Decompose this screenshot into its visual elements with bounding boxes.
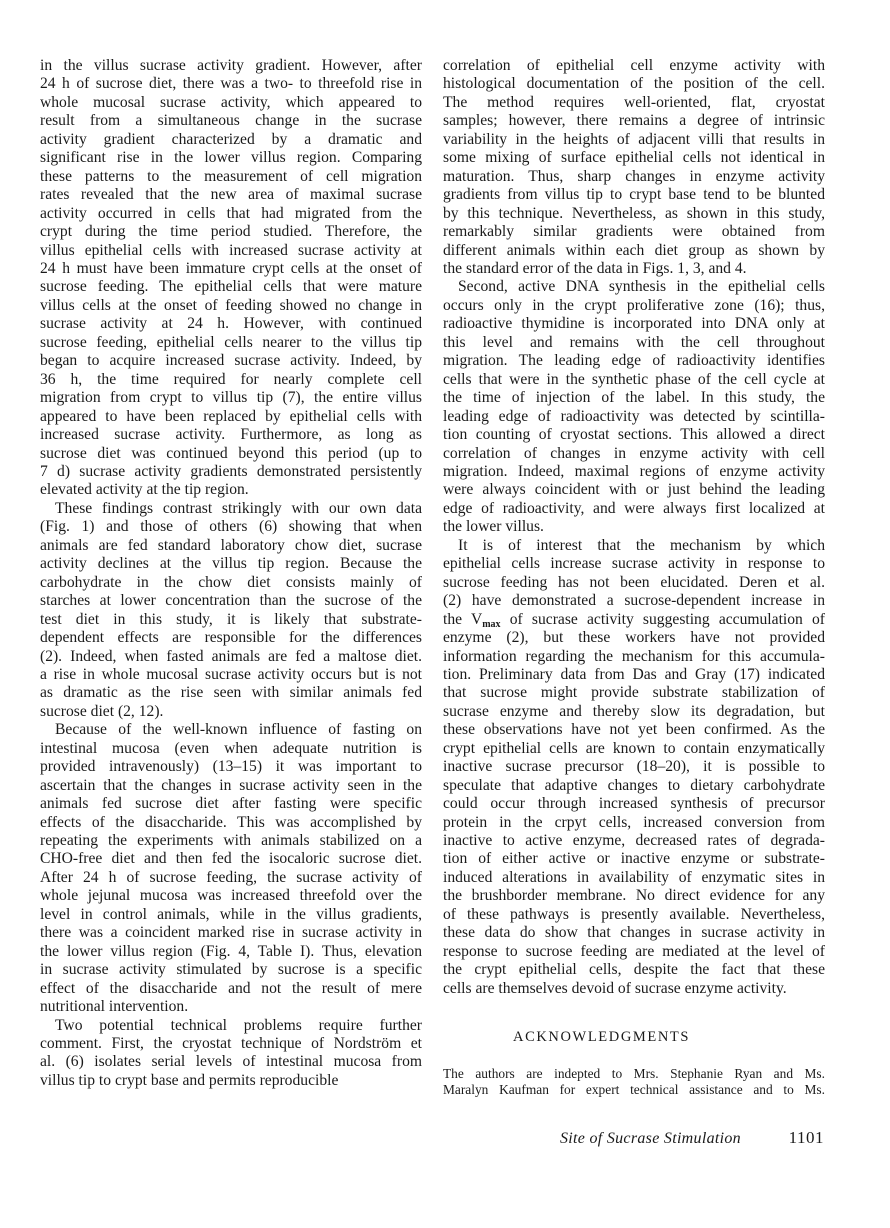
text-line: cells that were in the synthetic phase o… — [443, 371, 825, 389]
text-line: Two potential technical problems require… — [40, 1017, 422, 1035]
text-line: correlation of changes in enzyme activit… — [443, 445, 825, 463]
text-line: test diet in this study, it is likely th… — [40, 611, 422, 629]
text-line: inactive sucrase precursor (18–20), it i… — [443, 758, 825, 776]
text-line: inactive to active enzyme, decreased rat… — [443, 832, 825, 850]
paragraph: correlation of epithelial cell enzyme ac… — [443, 57, 825, 278]
text-line: migration. The leading edge of radioacti… — [443, 352, 825, 370]
text-line: as dramatic as the rise seen with simila… — [40, 684, 422, 702]
text-line: result from a simultaneous change in the… — [40, 112, 422, 130]
paragraph: Two potential technical problems require… — [40, 1017, 422, 1091]
text-line: activity occurred in cells that had migr… — [40, 205, 422, 223]
text-line: sucrose diet was continued beyond this p… — [40, 445, 422, 463]
text-line: significant rise in the lower villus reg… — [40, 149, 422, 167]
text-line: different animals within each diet group… — [443, 242, 825, 260]
right-column-body: correlation of epithelial cell enzyme ac… — [443, 57, 825, 998]
text-line: carbohydrate in the chow diet consists m… — [40, 574, 422, 592]
text-line: 7 d) sucrase activity gradients demonstr… — [40, 463, 422, 481]
text-line: It is of interest that the mechanism by … — [443, 537, 825, 555]
acknowledgments-line: The authors are indepted to Mrs. Stephan… — [443, 1066, 825, 1082]
text-line: appeared to have been replaced by epithe… — [40, 408, 422, 426]
text-line: response to sucrose feeding are mediated… — [443, 943, 825, 961]
text-line: nutritional intervention. — [40, 998, 422, 1016]
text-line: of these pathways is presently available… — [443, 906, 825, 924]
paragraph: Because of the well-known influence of f… — [40, 721, 422, 1016]
text-line: edge of radioactivity, and were always f… — [443, 500, 825, 518]
text-line: occurs only in the crypt proliferative z… — [443, 297, 825, 315]
text-line: leading edge of radioactivity was detect… — [443, 408, 825, 426]
text-line: (Fig. 1) and those of others (6) showing… — [40, 518, 422, 536]
text-line: the crypt epithelial cells, despite the … — [443, 961, 825, 979]
text-line: cells are themselves devoid of sucrase e… — [443, 980, 825, 998]
text-line: some mixing of surface epithelial cells … — [443, 149, 825, 167]
text-line: 36 h, the time required for nearly compl… — [40, 371, 422, 389]
text-line: samples; however, there remains a degree… — [443, 112, 825, 130]
text-line: animals fed sucrose diet after fasting w… — [40, 795, 422, 813]
text-line: sucrase activity at 24 h. However, with … — [40, 315, 422, 333]
text-line: remarkably similar gradients were obtain… — [443, 223, 825, 241]
text-line: 24 h must have been immature crypt cells… — [40, 260, 422, 278]
running-title: Site of Sucrase Stimulation — [560, 1130, 741, 1148]
text-line: in the villus sucrase activity gradient.… — [40, 57, 422, 75]
text-line: crypt during the time period studied. Th… — [40, 223, 422, 241]
left-column: in the villus sucrase activity gradient.… — [40, 57, 422, 1090]
text-line: whole jejunal mucosa was increased three… — [40, 887, 422, 905]
text-line: sucrose feeding. The epithelial cells th… — [40, 278, 422, 296]
text-line: maturation. Thus, sharp changes in enzym… — [443, 168, 825, 186]
text-line: migration. Indeed, maximal regions of en… — [443, 463, 825, 481]
text-line: ascertain that the changes in sucrase ac… — [40, 777, 422, 795]
text-line: After 24 h of sucrose feeding, the sucra… — [40, 869, 422, 887]
text-line: whole mucosal sucrase activity, which ap… — [40, 94, 422, 112]
text-line: intestinal mucosa (even when adequate nu… — [40, 740, 422, 758]
text-line: began to acquire increased sucrase activ… — [40, 352, 422, 370]
text-line: a rise in whole mucosal sucrase activity… — [40, 666, 422, 684]
text-line: Because of the well-known influence of f… — [40, 721, 422, 739]
text-line: repeating the experiments with animals s… — [40, 832, 422, 850]
text-line: tion of either active or inactive enzyme… — [443, 850, 825, 868]
text-line: speculate that adaptive changes to dieta… — [443, 777, 825, 795]
text-line: starches at lower concentration than the… — [40, 592, 422, 610]
text-line: migration from crypt to villus tip (7), … — [40, 389, 422, 407]
text-line: this level and remains with the cell thr… — [443, 334, 825, 352]
text-line: histological documentation of the positi… — [443, 75, 825, 93]
paragraph: in the villus sucrase activity gradient.… — [40, 57, 422, 500]
text-line: induced alterations in availability of e… — [443, 869, 825, 887]
paragraph: These findings contrast strikingly with … — [40, 500, 422, 721]
text-line: crypt epithelial cells are known to cont… — [443, 740, 825, 758]
vmax-suffix: of sucrase activity suggesting accumulat… — [501, 611, 825, 628]
text-line: provided intravenously) (13–15) it was i… — [40, 758, 422, 776]
journal-page: in the villus sucrase activity gradient.… — [0, 0, 890, 1228]
text-line: These findings contrast strikingly with … — [40, 500, 422, 518]
text-line: rates revealed that the new area of maxi… — [40, 186, 422, 204]
text-line: the time of injection of the label. In t… — [443, 389, 825, 407]
text-line: villus epithelial cells with increased s… — [40, 242, 422, 260]
text-line: sucrose feeding has not been elucidated.… — [443, 574, 825, 592]
text-line: The method requires well-oriented, flat,… — [443, 94, 825, 112]
text-line: tion. Preliminary data from Das and Gray… — [443, 666, 825, 684]
text-line: effect of the disaccharide and not the r… — [40, 980, 422, 998]
text-line: effects of the disaccharide. This was ac… — [40, 814, 422, 832]
text-line: (2). Indeed, when fasted animals are fed… — [40, 648, 422, 666]
text-line: these observations have not yet been con… — [443, 721, 825, 739]
vmax-prefix: the V — [443, 611, 482, 628]
paragraph: Second, active DNA synthesis in the epit… — [443, 278, 825, 536]
text-line: the brushborder membrane. No direct evid… — [443, 887, 825, 905]
text-line: elevated activity at the tip region. — [40, 481, 422, 499]
right-column: correlation of epithelial cell enzyme ac… — [443, 57, 825, 1097]
text-line: al. (6) isolates serial levels of intest… — [40, 1053, 422, 1071]
text-line: protein in the crpyt cells, increased co… — [443, 814, 825, 832]
text-line: these data do show that changes in sucra… — [443, 924, 825, 942]
page-footer: Site of Sucrase Stimulation 1101 — [560, 1128, 824, 1148]
text-line: epithelial cells increase sucrase activi… — [443, 555, 825, 573]
text-line: CHO-free diet and then fed the isocalori… — [40, 850, 422, 868]
text-line: tion counting of cryostat sections. This… — [443, 426, 825, 444]
text-line: correlation of epithelial cell enzyme ac… — [443, 57, 825, 75]
text-line: radioactive thymidine is incorporated in… — [443, 315, 825, 333]
text-line: animals are fed standard laboratory chow… — [40, 537, 422, 555]
text-line: that sucrose might provide substrate sta… — [443, 684, 825, 702]
text-line: the lower villus. — [443, 518, 825, 536]
text-line: by this technique. Nevertheless, as show… — [443, 205, 825, 223]
paragraph: It is of interest that the mechanism by … — [443, 537, 825, 998]
text-line: the lower villus region (Fig. 4, Table I… — [40, 943, 422, 961]
page-number: 1101 — [789, 1128, 824, 1148]
text-line: dependent effects are responsible for th… — [40, 629, 422, 647]
acknowledgments-heading: ACKNOWLEDGMENTS — [513, 1028, 825, 1046]
text-line: level in control animals, while in the v… — [40, 906, 422, 924]
text-line: enzyme (2), but these workers have not p… — [443, 629, 825, 647]
text-line: activity gradient characterized by a dra… — [40, 131, 422, 149]
text-line: (2) have demonstrated a sucrose-dependen… — [443, 592, 825, 610]
text-line: gradients from villus tip to crypt base … — [443, 186, 825, 204]
text-line: increased sucrase activity. Furthermore,… — [40, 426, 422, 444]
acknowledgments-line: Maralyn Kaufman for expert technical ass… — [443, 1082, 825, 1098]
text-line: were always coincident with or just behi… — [443, 481, 825, 499]
text-line: comment. First, the cryostat technique o… — [40, 1035, 422, 1053]
text-line: 24 h of sucrose diet, there was a two- t… — [40, 75, 422, 93]
text-line: sucrase enzyme and thereby slow its degr… — [443, 703, 825, 721]
text-line: villus cells at the onset of feeding sho… — [40, 297, 422, 315]
text-line: information regarding the mechanism for … — [443, 648, 825, 666]
text-line: these patterns to the measurement of cel… — [40, 168, 422, 186]
text-line: in sucrase activity stimulated by sucros… — [40, 961, 422, 979]
text-line: the standard error of the data in Figs. … — [443, 260, 825, 278]
text-line: activity declines at the villus tip regi… — [40, 555, 422, 573]
text-line: the Vmax of sucrase activity suggesting … — [443, 611, 825, 629]
acknowledgments-text: The authors are indepted to Mrs. Stephan… — [443, 1066, 825, 1097]
text-line: variability in the heights of adjacent v… — [443, 131, 825, 149]
text-line: there was a coincident marked rise in su… — [40, 924, 422, 942]
text-line: sucrose diet (2, 12). — [40, 703, 422, 721]
text-line: sucrose feeding, epithelial cells nearer… — [40, 334, 422, 352]
text-line: villus tip to crypt base and permits rep… — [40, 1072, 422, 1090]
text-line: Second, active DNA synthesis in the epit… — [443, 278, 825, 296]
text-line: could occur through increased synthesis … — [443, 795, 825, 813]
vmax-subscript: max — [482, 619, 500, 630]
